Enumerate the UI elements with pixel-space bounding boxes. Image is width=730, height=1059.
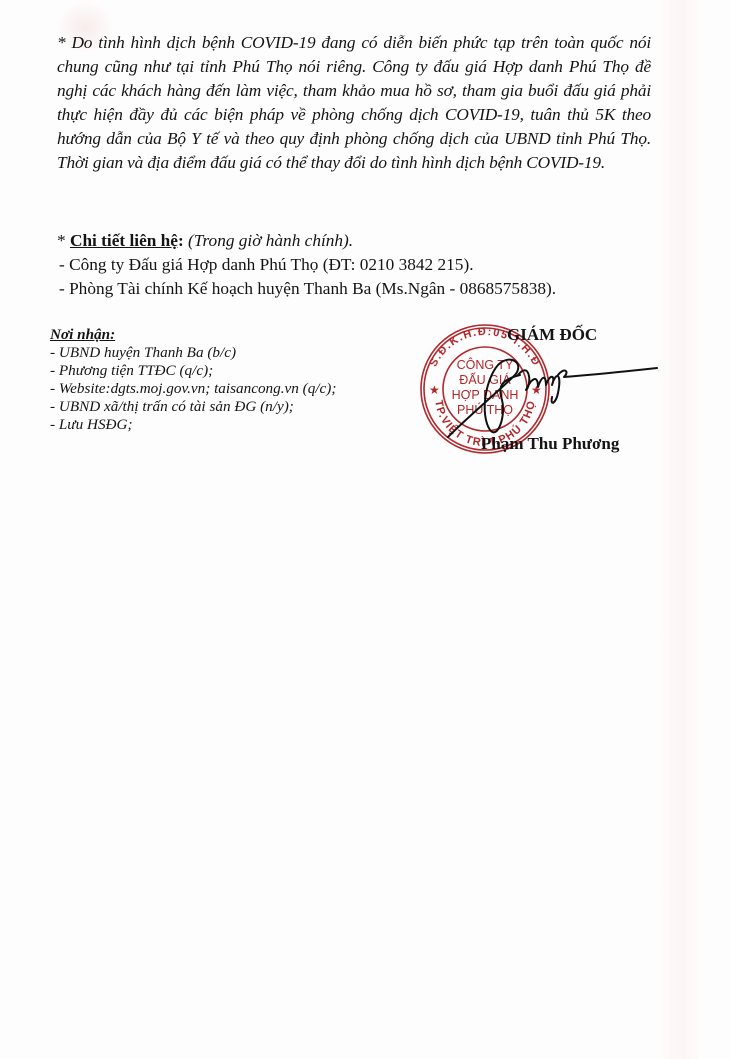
contact-item: - Công ty Đấu giá Hợp danh Phú Thọ (ĐT: …: [57, 253, 657, 277]
contact-hours-note: (Trong giờ hành chính).: [184, 231, 353, 250]
contact-item: - Phòng Tài chính Kế hoạch huyện Thanh B…: [57, 277, 657, 301]
svg-text:★: ★: [429, 383, 440, 397]
signatory-title: GIÁM ĐỐC: [507, 325, 597, 345]
recipient-item: - Phương tiện TTĐC (q/c);: [50, 362, 410, 380]
contact-label: Chi tiết liên hệ: [70, 231, 178, 250]
contact-prefix: *: [57, 231, 70, 250]
recipients-section: Nơi nhận: - UBND huyện Thanh Ba (b/c) - …: [50, 326, 410, 434]
paper-tint: [655, 0, 705, 1059]
contact-heading: * Chi tiết liên hệ: (Trong giờ hành chín…: [57, 229, 657, 253]
contact-section: * Chi tiết liên hệ: (Trong giờ hành chín…: [57, 229, 657, 301]
recipients-heading: Nơi nhận:: [50, 326, 115, 343]
covid-notice-paragraph: * Do tình hình dịch bệnh COVID-19 đang c…: [57, 31, 651, 175]
recipient-item: - Website:dgts.moj.gov.vn; taisancong.vn…: [50, 380, 410, 398]
signatory-name: Phạm Thu Phương: [481, 434, 619, 454]
recipient-item: - UBND huyện Thanh Ba (b/c): [50, 344, 410, 362]
recipient-item: - UBND xã/thị trấn có tài sản ĐG (n/y);: [50, 398, 410, 416]
recipient-item: - Lưu HSĐG;: [50, 416, 410, 434]
